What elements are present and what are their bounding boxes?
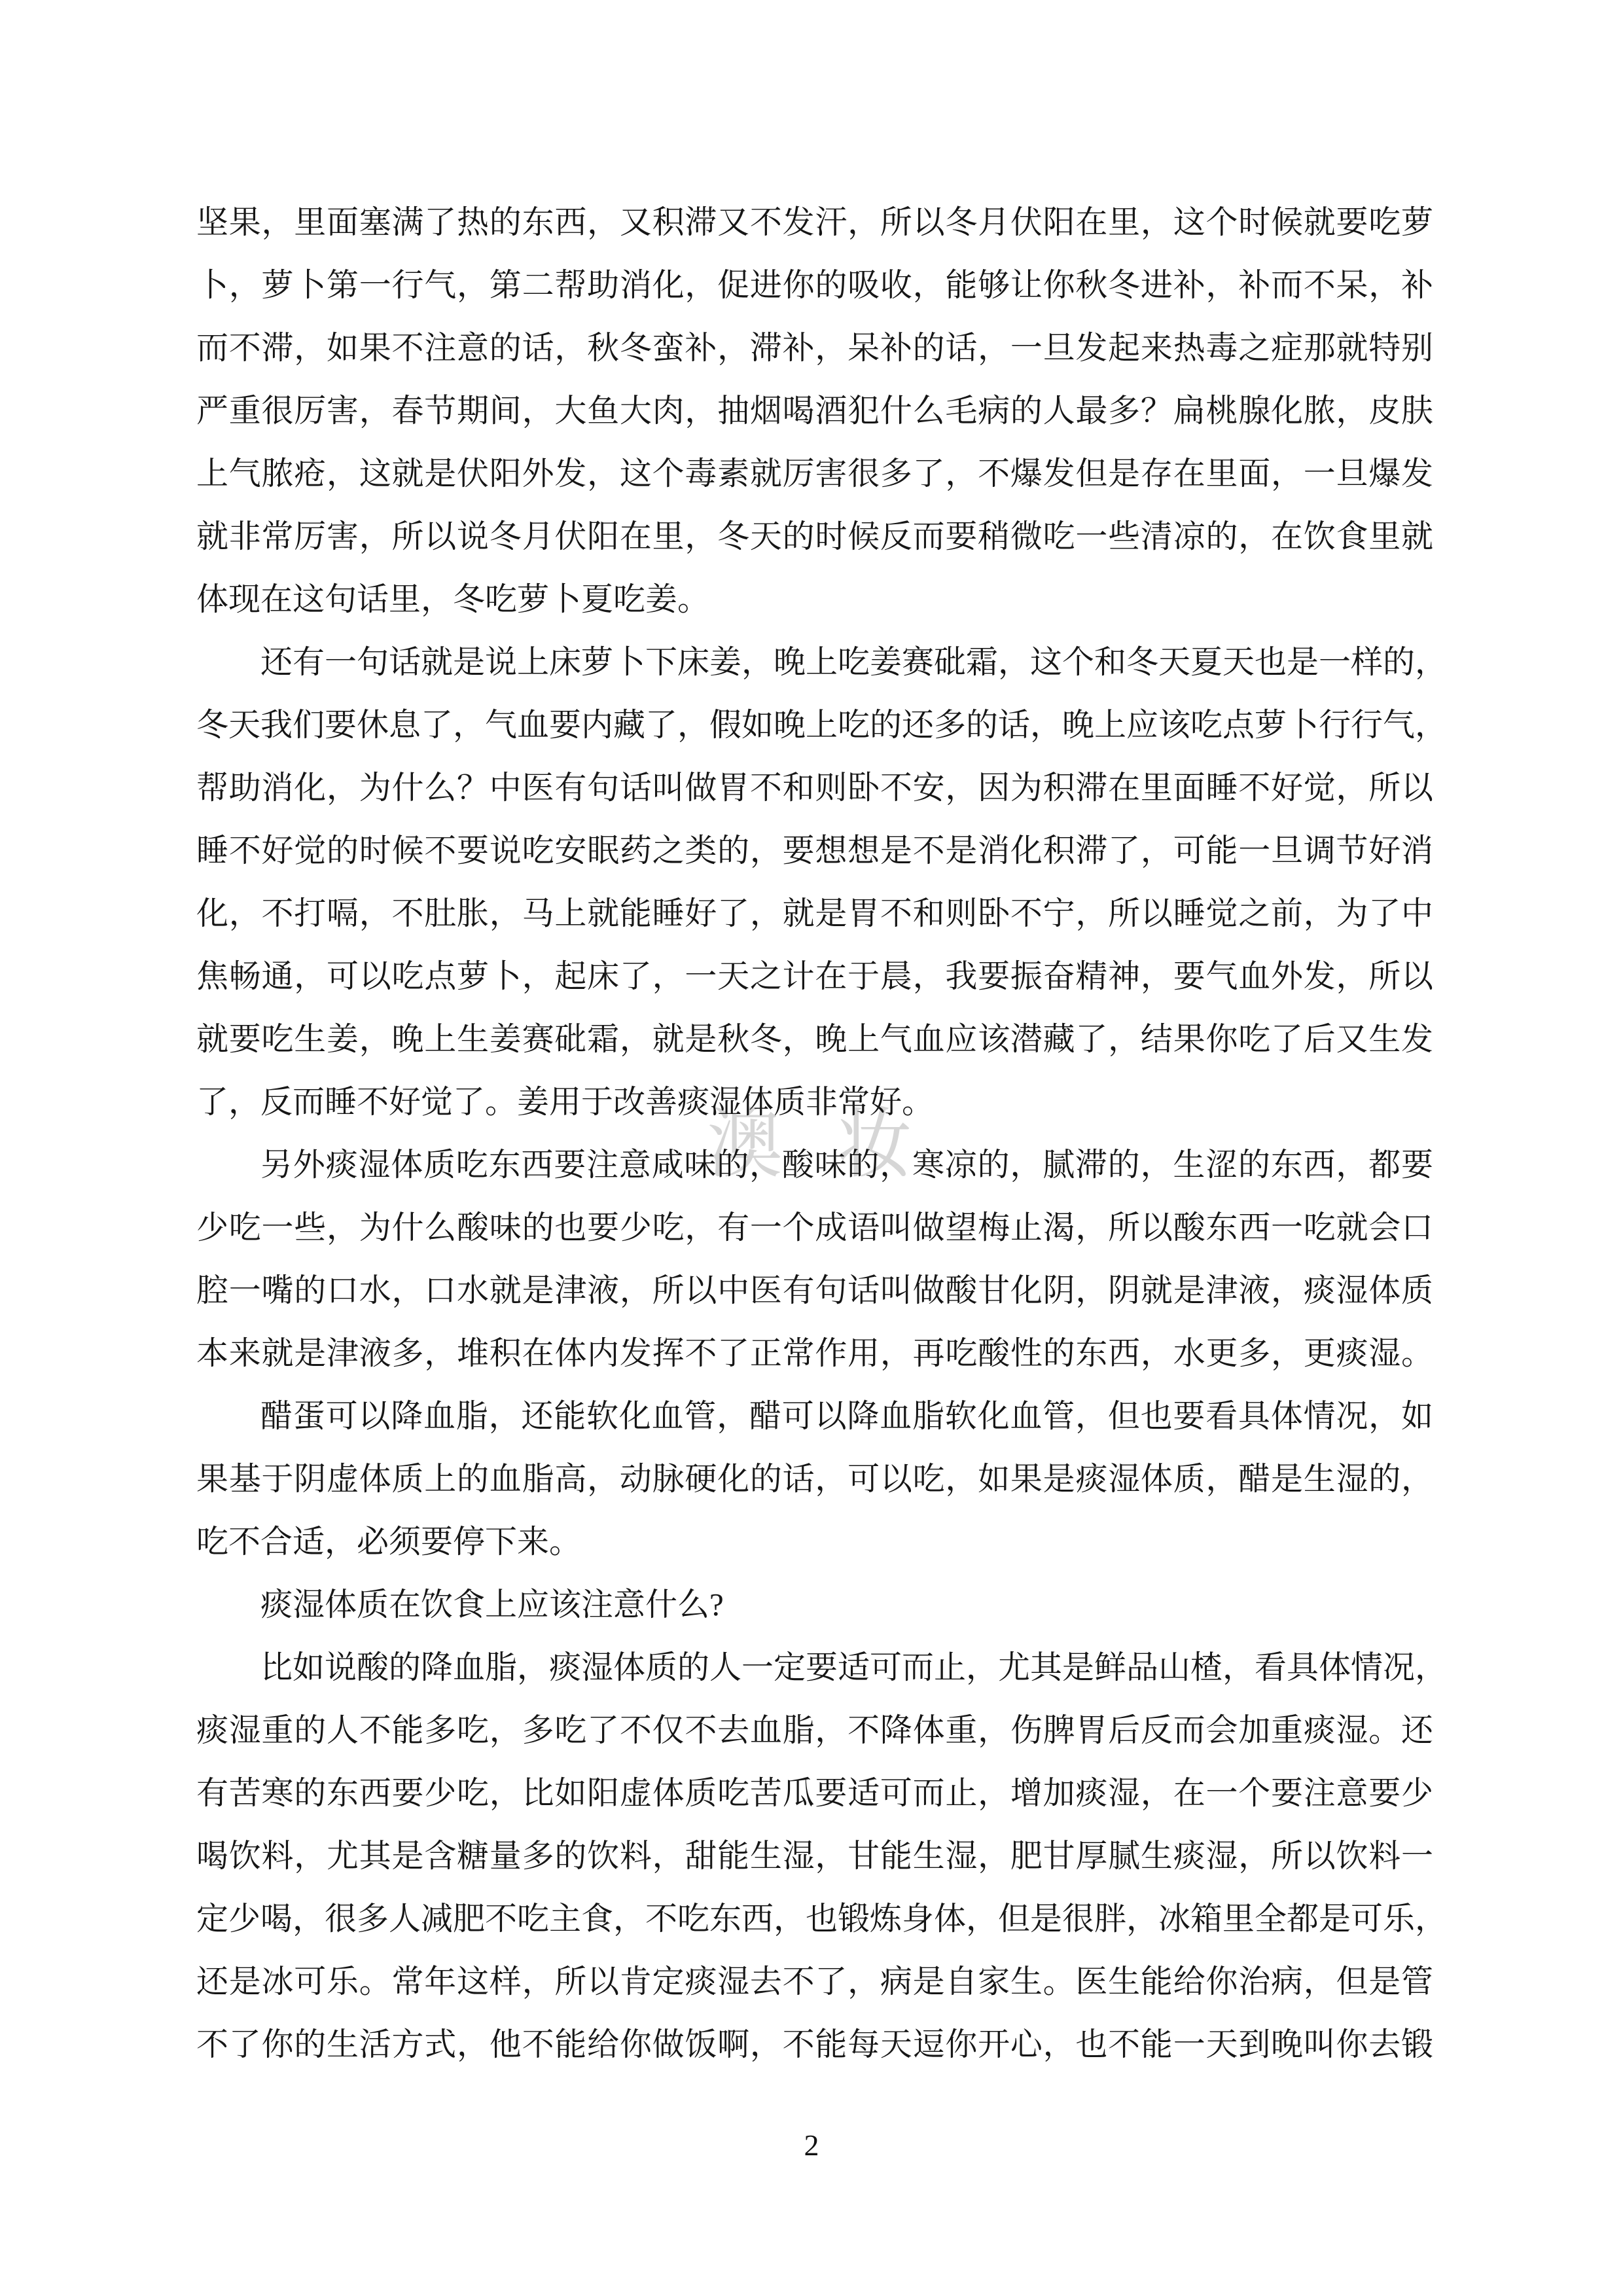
text-line: 定少喝，很多人减肥不吃主食，不吃东西，也锻炼身体，但是很胖，冰箱里全都是可乐， [196,1888,1433,1950]
text-line: 痰湿体质在饮食上应该注意什么? [196,1573,1433,1636]
text-line: 严重很厉害，春节期间，大鱼大肉，抽烟喝酒犯什么毛病的人最多？扁桃腺化脓，皮肤 [196,380,1433,442]
text-line: 不了你的生活方式，他不能给你做饭啊，不能每天逗你开心，也不能一天到晚叫你去锻 [196,2013,1433,2076]
text-line: 焦畅通，可以吃点萝卜，起床了，一天之计在于晨，我要振奋精神，要气血外发，所以 [196,945,1433,1008]
text-line: 冬天我们要休息了，气血要内藏了，假如晚上吃的还多的话，晚上应该吃点萝卜行行气， [196,694,1433,757]
text-line: 还是冰可乐。常年这样，所以肯定痰湿去不了，病是自家生。医生能给你治病，但是管 [196,1950,1433,2013]
page-number: 2 [804,2128,819,2162]
text-line: 化，不打嗝，不肚胀，马上就能睡好了，就是胃不和则卧不宁，所以睡觉之前，为了中 [196,882,1433,945]
text-line: 醋蛋可以降血脂，还能软化血管，醋可以降血脂软化血管，但也要看具体情况，如 [196,1385,1433,1448]
text-line: 睡不好觉的时候不要说吃安眠药之类的，要想想是不是消化积滞了，可能一旦调节好消 [196,819,1433,882]
text-line: 果基于阴虚体质上的血脂高，动脉硬化的话，可以吃，如果是痰湿体质，醋是生湿的， [196,1448,1433,1511]
text-line: 了，反而睡不好觉了。姜用于改善痰湿体质非常好。 [196,1071,1433,1134]
document-page: 澳妆 坚果，里面塞满了热的东西，又积滞又不发汗，所以冬月伏阳在里，这个时候就要吃… [0,0,1623,2296]
text-line: 另外痰湿体质吃东西要注意咸味的，酸味的，寒凉的，腻滞的，生涩的东西，都要 [196,1134,1433,1196]
text-line: 而不滞，如果不注意的话，秋冬蛮补，滞补，呆补的话，一旦发起来热毒之症那就特别 [196,317,1433,380]
text-line: 上气脓疮，这就是伏阳外发，这个毒素就厉害很多了，不爆发但是存在里面，一旦爆发 [196,442,1433,505]
text-line: 体现在这句话里，冬吃萝卜夏吃姜。 [196,568,1433,631]
text-line: 喝饮料，尤其是含糖量多的饮料，甜能生湿，甘能生湿，肥甘厚腻生痰湿，所以饮料一 [196,1825,1433,1888]
text-line: 少吃一些，为什么酸味的也要少吃，有一个成语叫做望梅止渴，所以酸东西一吃就会口 [196,1196,1433,1259]
text-line: 还有一句话就是说上床萝卜下床姜，晚上吃姜赛砒霜，这个和冬天夏天也是一样的， [196,631,1433,694]
text-line: 坚果，里面塞满了热的东西，又积滞又不发汗，所以冬月伏阳在里，这个时候就要吃萝 [196,191,1433,254]
page-footer: 2 [0,2126,1623,2165]
text-line: 有苦寒的东西要少吃，比如阳虚体质吃苦瓜要适可而止，增加痰湿，在一个要注意要少 [196,1762,1433,1825]
text-line: 比如说酸的降血脂，痰湿体质的人一定要适可而止，尤其是鲜品山楂，看具体情况， [196,1636,1433,1699]
text-line: 腔一嘴的口水，口水就是津液，所以中医有句话叫做酸甘化阴，阴就是津液，痰湿体质 [196,1259,1433,1322]
document-body: 坚果，里面塞满了热的东西，又积滞又不发汗，所以冬月伏阳在里，这个时候就要吃萝卜，… [196,191,1433,2076]
text-line: 痰湿重的人不能多吃，多吃了不仅不去血脂，不降体重，伤脾胃后反而会加重痰湿。还 [196,1699,1433,1762]
text-line: 卜，萝卜第一行气，第二帮助消化，促进你的吸收，能够让你秋冬进补，补而不呆，补 [196,254,1433,317]
text-line: 就要吃生姜，晚上生姜赛砒霜，就是秋冬，晚上气血应该潜藏了，结果你吃了后又生发 [196,1008,1433,1071]
text-line: 帮助消化，为什么？中医有句话叫做胃不和则卧不安，因为积滞在里面睡不好觉，所以 [196,757,1433,819]
text-line: 吃不合适，必须要停下来。 [196,1511,1433,1573]
text-line: 就非常厉害，所以说冬月伏阳在里，冬天的时候反而要稍微吃一些清凉的，在饮食里就 [196,505,1433,568]
text-line: 本来就是津液多，堆积在体内发挥不了正常作用，再吃酸性的东西，水更多，更痰湿。 [196,1322,1433,1385]
